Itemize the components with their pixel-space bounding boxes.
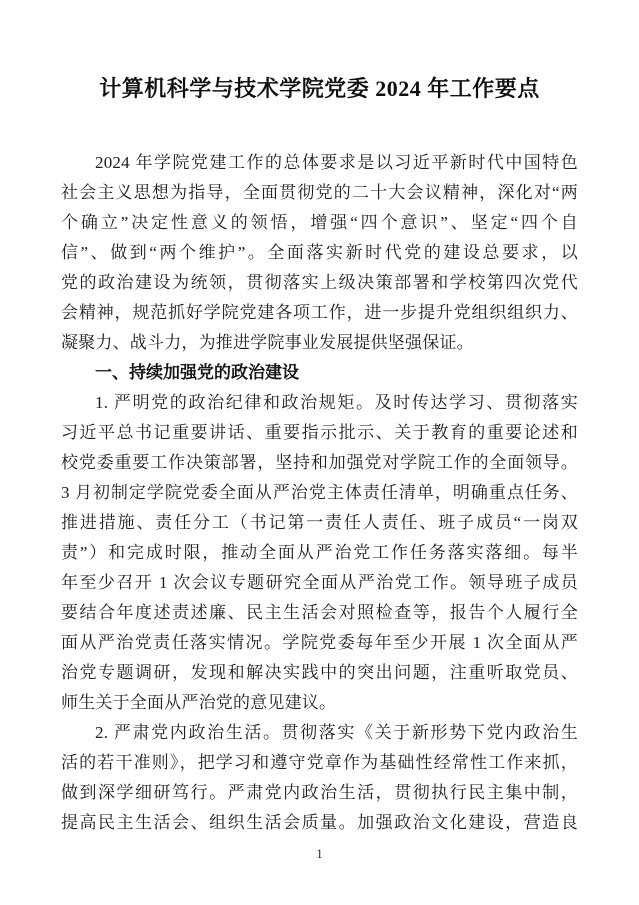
document-body: 2024 年学院党建工作的总体要求是以习近平新时代中国特色 社会主义思想为指导，… — [0, 148, 639, 838]
text-line: 年至少召开 1 次会议专题研究全面从严治党工作。领导班子成员 — [61, 568, 578, 598]
text-line: 推进措施、责任分工（书记第一责任人责任、班子成员“一岗双 — [61, 508, 578, 538]
text-line: 做到深学细研笃行。严肃党内政治生活，贯彻执行民主集中制， — [61, 778, 578, 808]
text-line: 活的若干准则》，把学习和遵守党章作为基础性经常性工作来抓， — [61, 748, 578, 778]
text-line: 信”、做到“两个维护”。全面落实新时代党的建设总要求，以 — [61, 238, 578, 268]
text-line: 1. 严明党的政治纪律和政治规矩。及时传达学习、贯彻落实 — [61, 388, 578, 418]
text-line: 要结合年度述责述廉、民主生活会对照检查等，报告个人履行全 — [61, 598, 578, 628]
text-line: 提高民主生活会、组织生活会质量。加强政治文化建设，营造良 — [61, 808, 578, 838]
text-line: 治党专题调研，发现和解决实践中的突出问题，注重听取党员、 — [61, 658, 578, 688]
text-line: 凝聚力、战斗力，为推进学院事业发展提供坚强保证。 — [61, 328, 578, 358]
section-heading: 一、持续加强党的政治建设 — [61, 358, 578, 388]
text-line: 习近平总书记重要讲话、重要指示批示、关于教育的重要论述和 — [61, 418, 578, 448]
text-line: 党的政治建设为统领，贯彻落实上级决策部署和学校第四次党代 — [61, 268, 578, 298]
page-number: 1 — [0, 846, 639, 862]
text-line: 师生关于全面从严治党的意见建议。 — [61, 688, 578, 718]
text-line: 2024 年学院党建工作的总体要求是以习近平新时代中国特色 — [61, 148, 578, 178]
text-line: 责”）和完成时限，推动全面从严治党工作任务落实落细。每半 — [61, 538, 578, 568]
text-line: 2. 严肃党内政治生活。贯彻落实《关于新形势下党内政治生 — [61, 718, 578, 748]
document-title: 计算机科学与技术学院党委 2024 年工作要点 — [0, 0, 639, 104]
text-line: 会精神，规范抓好学院党建各项工作，进一步提升党组织组织力、 — [61, 298, 578, 328]
text-line: 校党委重要工作决策部署，坚持和加强党对学院工作的全面领导。 — [61, 448, 578, 478]
text-line: 3 月初制定学院党委全面从严治党主体责任清单，明确重点任务、 — [61, 478, 578, 508]
document-page: 计算机科学与技术学院党委 2024 年工作要点 2024 年学院党建工作的总体要… — [0, 0, 639, 905]
text-line: 社会主义思想为指导，全面贯彻党的二十大会议精神，深化对“两 — [61, 178, 578, 208]
text-line: 个确立”决定性意义的领悟，增强“四个意识”、坚定“四个自 — [61, 208, 578, 238]
text-line: 面从严治党责任落实情况。学院党委每年至少开展 1 次全面从严 — [61, 628, 578, 658]
